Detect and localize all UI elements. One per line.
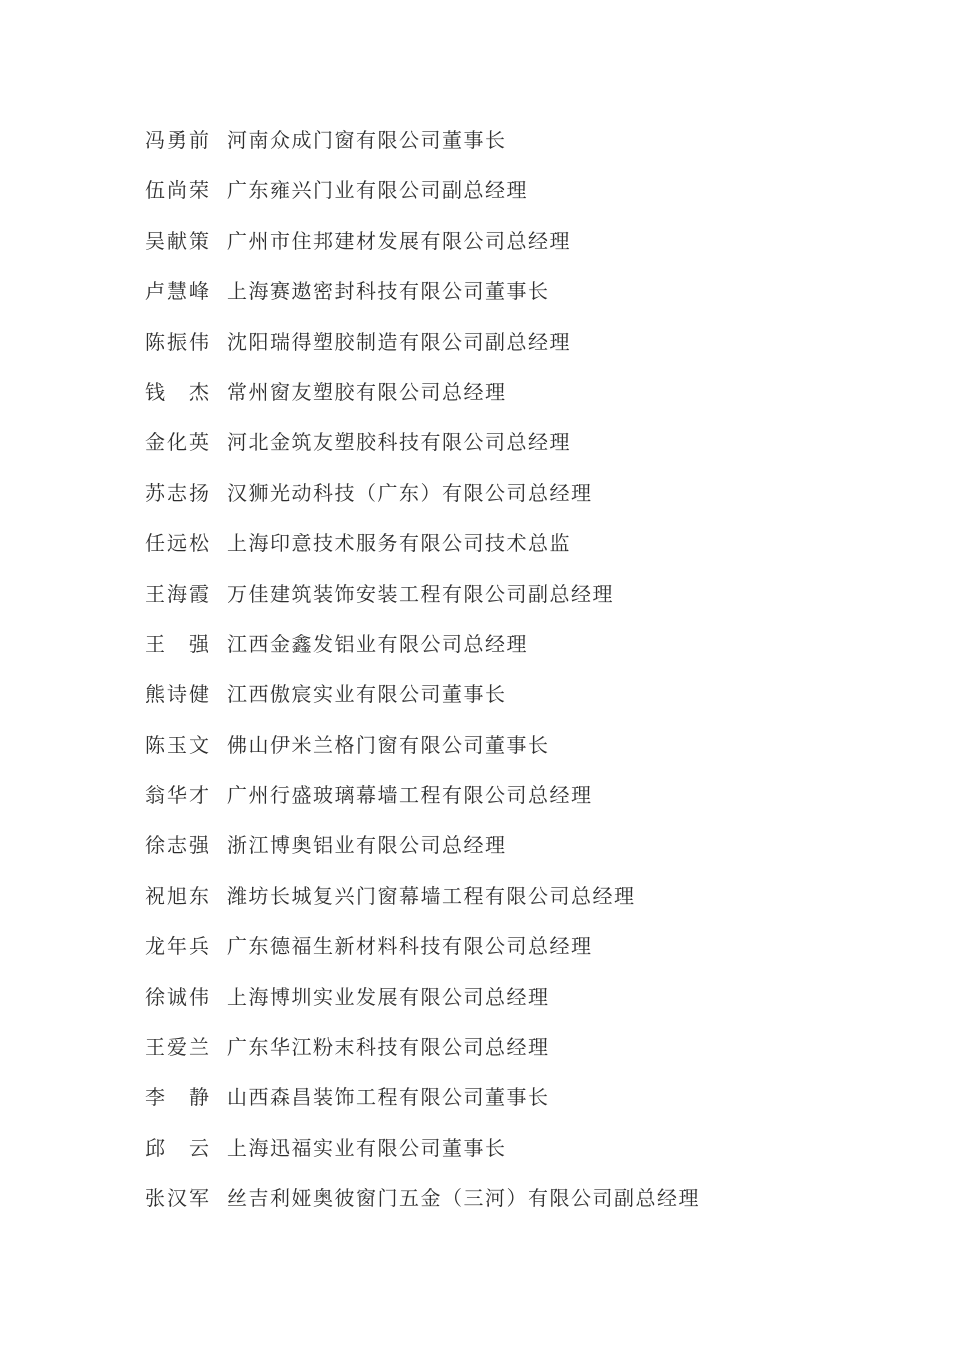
- person-name: 王爱兰: [145, 1034, 209, 1062]
- list-item: 金化英河北金筑友塑胶科技有限公司总经理: [145, 429, 845, 479]
- person-title: 常州窗友塑胶有限公司总经理: [227, 379, 507, 407]
- person-name: 卢慧峰: [145, 278, 209, 306]
- person-title: 江西傲宸实业有限公司董事长: [227, 681, 507, 709]
- list-item: 邱 云上海迅福实业有限公司董事长: [145, 1135, 845, 1185]
- person-name: 陈振伟: [145, 329, 209, 357]
- person-title: 河北金筑友塑胶科技有限公司总经理: [227, 429, 571, 457]
- list-item: 钱 杰常州窗友塑胶有限公司总经理: [145, 379, 845, 429]
- person-name: 王海霞: [145, 581, 209, 609]
- person-name: 徐诚伟: [145, 984, 209, 1012]
- person-name: 龙年兵: [145, 933, 209, 961]
- list-item: 卢慧峰上海赛遨密封科技有限公司董事长: [145, 278, 845, 328]
- list-item: 任远松上海印意技术服务有限公司技术总监: [145, 530, 845, 580]
- person-title: 上海赛遨密封科技有限公司董事长: [227, 278, 550, 306]
- person-title: 河南众成门窗有限公司董事长: [227, 127, 507, 155]
- document-page: 冯勇前河南众成门窗有限公司董事长 伍尚荣广东雍兴门业有限公司副总经理 吴献策广州…: [0, 0, 960, 1357]
- list-item: 陈玉文佛山伊米兰格门窗有限公司董事长: [145, 732, 845, 782]
- list-item: 伍尚荣广东雍兴门业有限公司副总经理: [145, 177, 845, 227]
- person-name: 翁华才: [145, 782, 209, 810]
- list-item: 徐诚伟上海博圳实业发展有限公司总经理: [145, 984, 845, 1034]
- list-item: 翁华才广州行盛玻璃幕墙工程有限公司总经理: [145, 782, 845, 832]
- person-name: 熊诗健: [145, 681, 209, 709]
- person-title: 潍坊长城复兴门窗幕墙工程有限公司总经理: [227, 883, 636, 911]
- person-title: 上海印意技术服务有限公司技术总监: [227, 530, 571, 558]
- person-name: 金化英: [145, 429, 209, 457]
- person-title: 汉狮光动科技（广东）有限公司总经理: [227, 480, 593, 508]
- person-title: 广东华江粉末科技有限公司总经理: [227, 1034, 550, 1062]
- person-title: 万佳建筑装饰安装工程有限公司副总经理: [227, 581, 614, 609]
- list-item: 苏志扬汉狮光动科技（广东）有限公司总经理: [145, 480, 845, 530]
- person-title: 广东德福生新材料科技有限公司总经理: [227, 933, 593, 961]
- list-item: 徐志强浙江博奥铝业有限公司总经理: [145, 832, 845, 882]
- person-name: 祝旭东: [145, 883, 209, 911]
- list-item: 龙年兵广东德福生新材料科技有限公司总经理: [145, 933, 845, 983]
- name-roster-list: 冯勇前河南众成门窗有限公司董事长 伍尚荣广东雍兴门业有限公司副总经理 吴献策广州…: [145, 127, 845, 1236]
- person-title: 沈阳瑞得塑胶制造有限公司副总经理: [227, 329, 571, 357]
- list-item: 熊诗健江西傲宸实业有限公司董事长: [145, 681, 845, 731]
- person-name: 邱 云: [145, 1135, 209, 1163]
- person-name: 冯勇前: [145, 127, 209, 155]
- list-item: 陈振伟沈阳瑞得塑胶制造有限公司副总经理: [145, 329, 845, 379]
- list-item: 吴献策广州市住邦建材发展有限公司总经理: [145, 228, 845, 278]
- person-name: 徐志强: [145, 832, 209, 860]
- person-title: 上海迅福实业有限公司董事长: [227, 1135, 507, 1163]
- person-name: 伍尚荣: [145, 177, 209, 205]
- list-item: 张汉军丝吉利娅奥彼窗门五金（三河）有限公司副总经理: [145, 1185, 845, 1235]
- person-title: 丝吉利娅奥彼窗门五金（三河）有限公司副总经理: [227, 1185, 700, 1213]
- person-name: 钱 杰: [145, 379, 209, 407]
- person-title: 浙江博奥铝业有限公司总经理: [227, 832, 507, 860]
- list-item: 祝旭东潍坊长城复兴门窗幕墙工程有限公司总经理: [145, 883, 845, 933]
- person-title: 广州市住邦建材发展有限公司总经理: [227, 228, 571, 256]
- person-name: 王 强: [145, 631, 209, 659]
- person-title: 江西金鑫发铝业有限公司总经理: [227, 631, 528, 659]
- list-item: 李 静山西森昌装饰工程有限公司董事长: [145, 1084, 845, 1134]
- person-name: 苏志扬: [145, 480, 209, 508]
- person-name: 任远松: [145, 530, 209, 558]
- person-name: 李 静: [145, 1084, 209, 1112]
- list-item: 王爱兰广东华江粉末科技有限公司总经理: [145, 1034, 845, 1084]
- list-item: 王 强江西金鑫发铝业有限公司总经理: [145, 631, 845, 681]
- person-title: 上海博圳实业发展有限公司总经理: [227, 984, 550, 1012]
- person-name: 陈玉文: [145, 732, 209, 760]
- person-title: 山西森昌装饰工程有限公司董事长: [227, 1084, 550, 1112]
- person-name: 吴献策: [145, 228, 209, 256]
- person-title: 广州行盛玻璃幕墙工程有限公司总经理: [227, 782, 593, 810]
- person-title: 广东雍兴门业有限公司副总经理: [227, 177, 528, 205]
- person-name: 张汉军: [145, 1185, 209, 1213]
- list-item: 王海霞万佳建筑装饰安装工程有限公司副总经理: [145, 581, 845, 631]
- person-title: 佛山伊米兰格门窗有限公司董事长: [227, 732, 550, 760]
- list-item: 冯勇前河南众成门窗有限公司董事长: [145, 127, 845, 177]
